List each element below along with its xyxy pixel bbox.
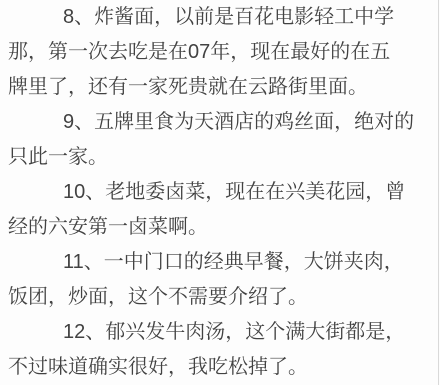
paragraph-line: 经的六安第一卤菜啊。 — [8, 210, 432, 245]
paragraph-line: 10、老地委卤菜，现在在兴美花园，曾 — [8, 175, 432, 210]
paragraph-line: 只此一家。 — [8, 140, 432, 175]
paragraph-line: 不过味道确实很好，我吃松掉了。 — [8, 350, 432, 385]
paragraph-line: 8、炸酱面，以前是百花电影轻工中学 — [8, 0, 432, 35]
paragraph-line: 那，第一次去吃是在07年，现在最好的在五 — [8, 35, 432, 70]
article-body: 8、炸酱面，以前是百花电影轻工中学 那，第一次去吃是在07年，现在最好的在五 牌… — [0, 0, 440, 385]
page-edge-divider — [438, 0, 439, 385]
paragraph-line: 9、五牌里食为天酒店的鸡丝面，绝对的 — [8, 105, 432, 140]
paragraph-item-9: 9、五牌里食为天酒店的鸡丝面，绝对的 只此一家。 — [8, 105, 432, 175]
paragraph-item-10: 10、老地委卤菜，现在在兴美花园，曾 经的六安第一卤菜啊。 — [8, 175, 432, 245]
paragraph-item-8: 8、炸酱面，以前是百花电影轻工中学 那，第一次去吃是在07年，现在最好的在五 牌… — [8, 0, 432, 105]
paragraph-line: 12、郁兴发牛肉汤，这个满大街都是， — [8, 315, 432, 350]
paragraph-item-12: 12、郁兴发牛肉汤，这个满大街都是， 不过味道确实很好，我吃松掉了。 — [8, 315, 432, 385]
paragraph-line: 11、一中门口的经典早餐，大饼夹肉， — [8, 245, 432, 280]
paragraph-item-11: 11、一中门口的经典早餐，大饼夹肉， 饭团，炒面，这个不需要介绍了。 — [8, 245, 432, 315]
paragraph-line: 饭团，炒面，这个不需要介绍了。 — [8, 280, 432, 315]
paragraph-line: 牌里了，还有一家死贵就在云路街里面。 — [8, 70, 432, 105]
